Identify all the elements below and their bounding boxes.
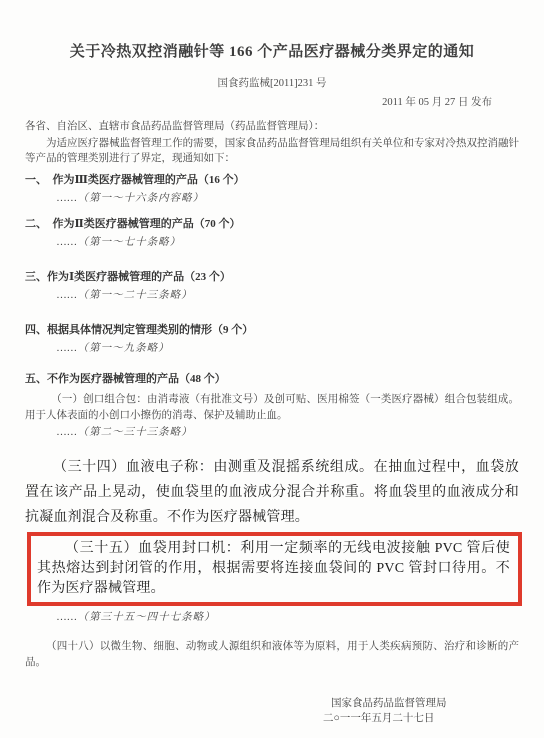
omission-note-4: ……（第一～九条略） (25, 341, 519, 356)
publish-date: 2011 年 05 月 27 日 发布 (25, 96, 519, 110)
item-48-paragraph: （四十八）以微生物、细胞、动物或人源组织和液体等为原料，用于人类疾病预防、治疗和… (25, 639, 519, 670)
section-heading-3: 三、作为Ⅰ类医疗器械管理的产品（23 个） (25, 270, 519, 285)
item-1-paragraph: （一）创口组合包：由消毒液（有批准文号）及创可贴、医用棉签（一类医疗器械）组合包… (25, 392, 519, 423)
section-heading-5: 五、不作为医疗器械管理的产品（48 个） (25, 372, 519, 387)
document-number: 国食药监械[2011]231 号 (25, 77, 519, 91)
section-heading-2: 二、 作为Ⅱ类医疗器械管理的产品（70 个） (25, 217, 519, 232)
section-heading-4: 四、根据具体情况判定管理类别的情形（9 个） (25, 323, 519, 338)
signature-block: 国家食品药品监督管理局 二○一一年五月二十七日 (305, 696, 519, 726)
omission-note-3: ……（第一～二十三条略） (25, 288, 519, 303)
document-page: 关于冷热双控消融针等 166 个产品医疗器械分类界定的通知 国食药监械[2011… (0, 0, 544, 738)
omission-note-2: ……（第一～七十条略） (25, 235, 519, 250)
section-heading-1: 一、 作为Ⅲ类医疗器械管理的产品（16 个） (25, 173, 519, 188)
issuer-name: 国家食品药品监督管理局 (305, 696, 519, 711)
omission-note-1: ……（第一～十六条内容略） (25, 191, 519, 206)
document-title: 关于冷热双控消融针等 166 个产品医疗器械分类界定的通知 (25, 0, 519, 62)
highlight-box: （三十五）血袋用封口机：利用一定频率的无线电波接触 PVC 管后使其热熔达到封闭… (27, 532, 522, 606)
omission-note-items-2-33: ……（第二～三十三条略） (25, 425, 519, 440)
omission-note-items-35-47: ……（第三十五～四十七条略） (25, 610, 519, 625)
item-35-paragraph: （三十五）血袋用封口机：利用一定频率的无线电波接触 PVC 管后使其热熔达到封闭… (37, 539, 510, 599)
item-34-paragraph: （三十四）血液电子称：由测重及混摇系统组成。在抽血过程中，血袋放置在该产品上晃动… (25, 455, 519, 530)
salutation-line: 各省、自治区、直辖市食品药品监督管理局（药品监督管理局）： (25, 119, 519, 134)
signature-date: 二○一一年五月二十七日 (305, 711, 519, 726)
intro-paragraph: 为适应医疗器械监督管理工作的需要，国家食品药品监督管理局组织有关单位和专家对冷热… (25, 136, 519, 166)
